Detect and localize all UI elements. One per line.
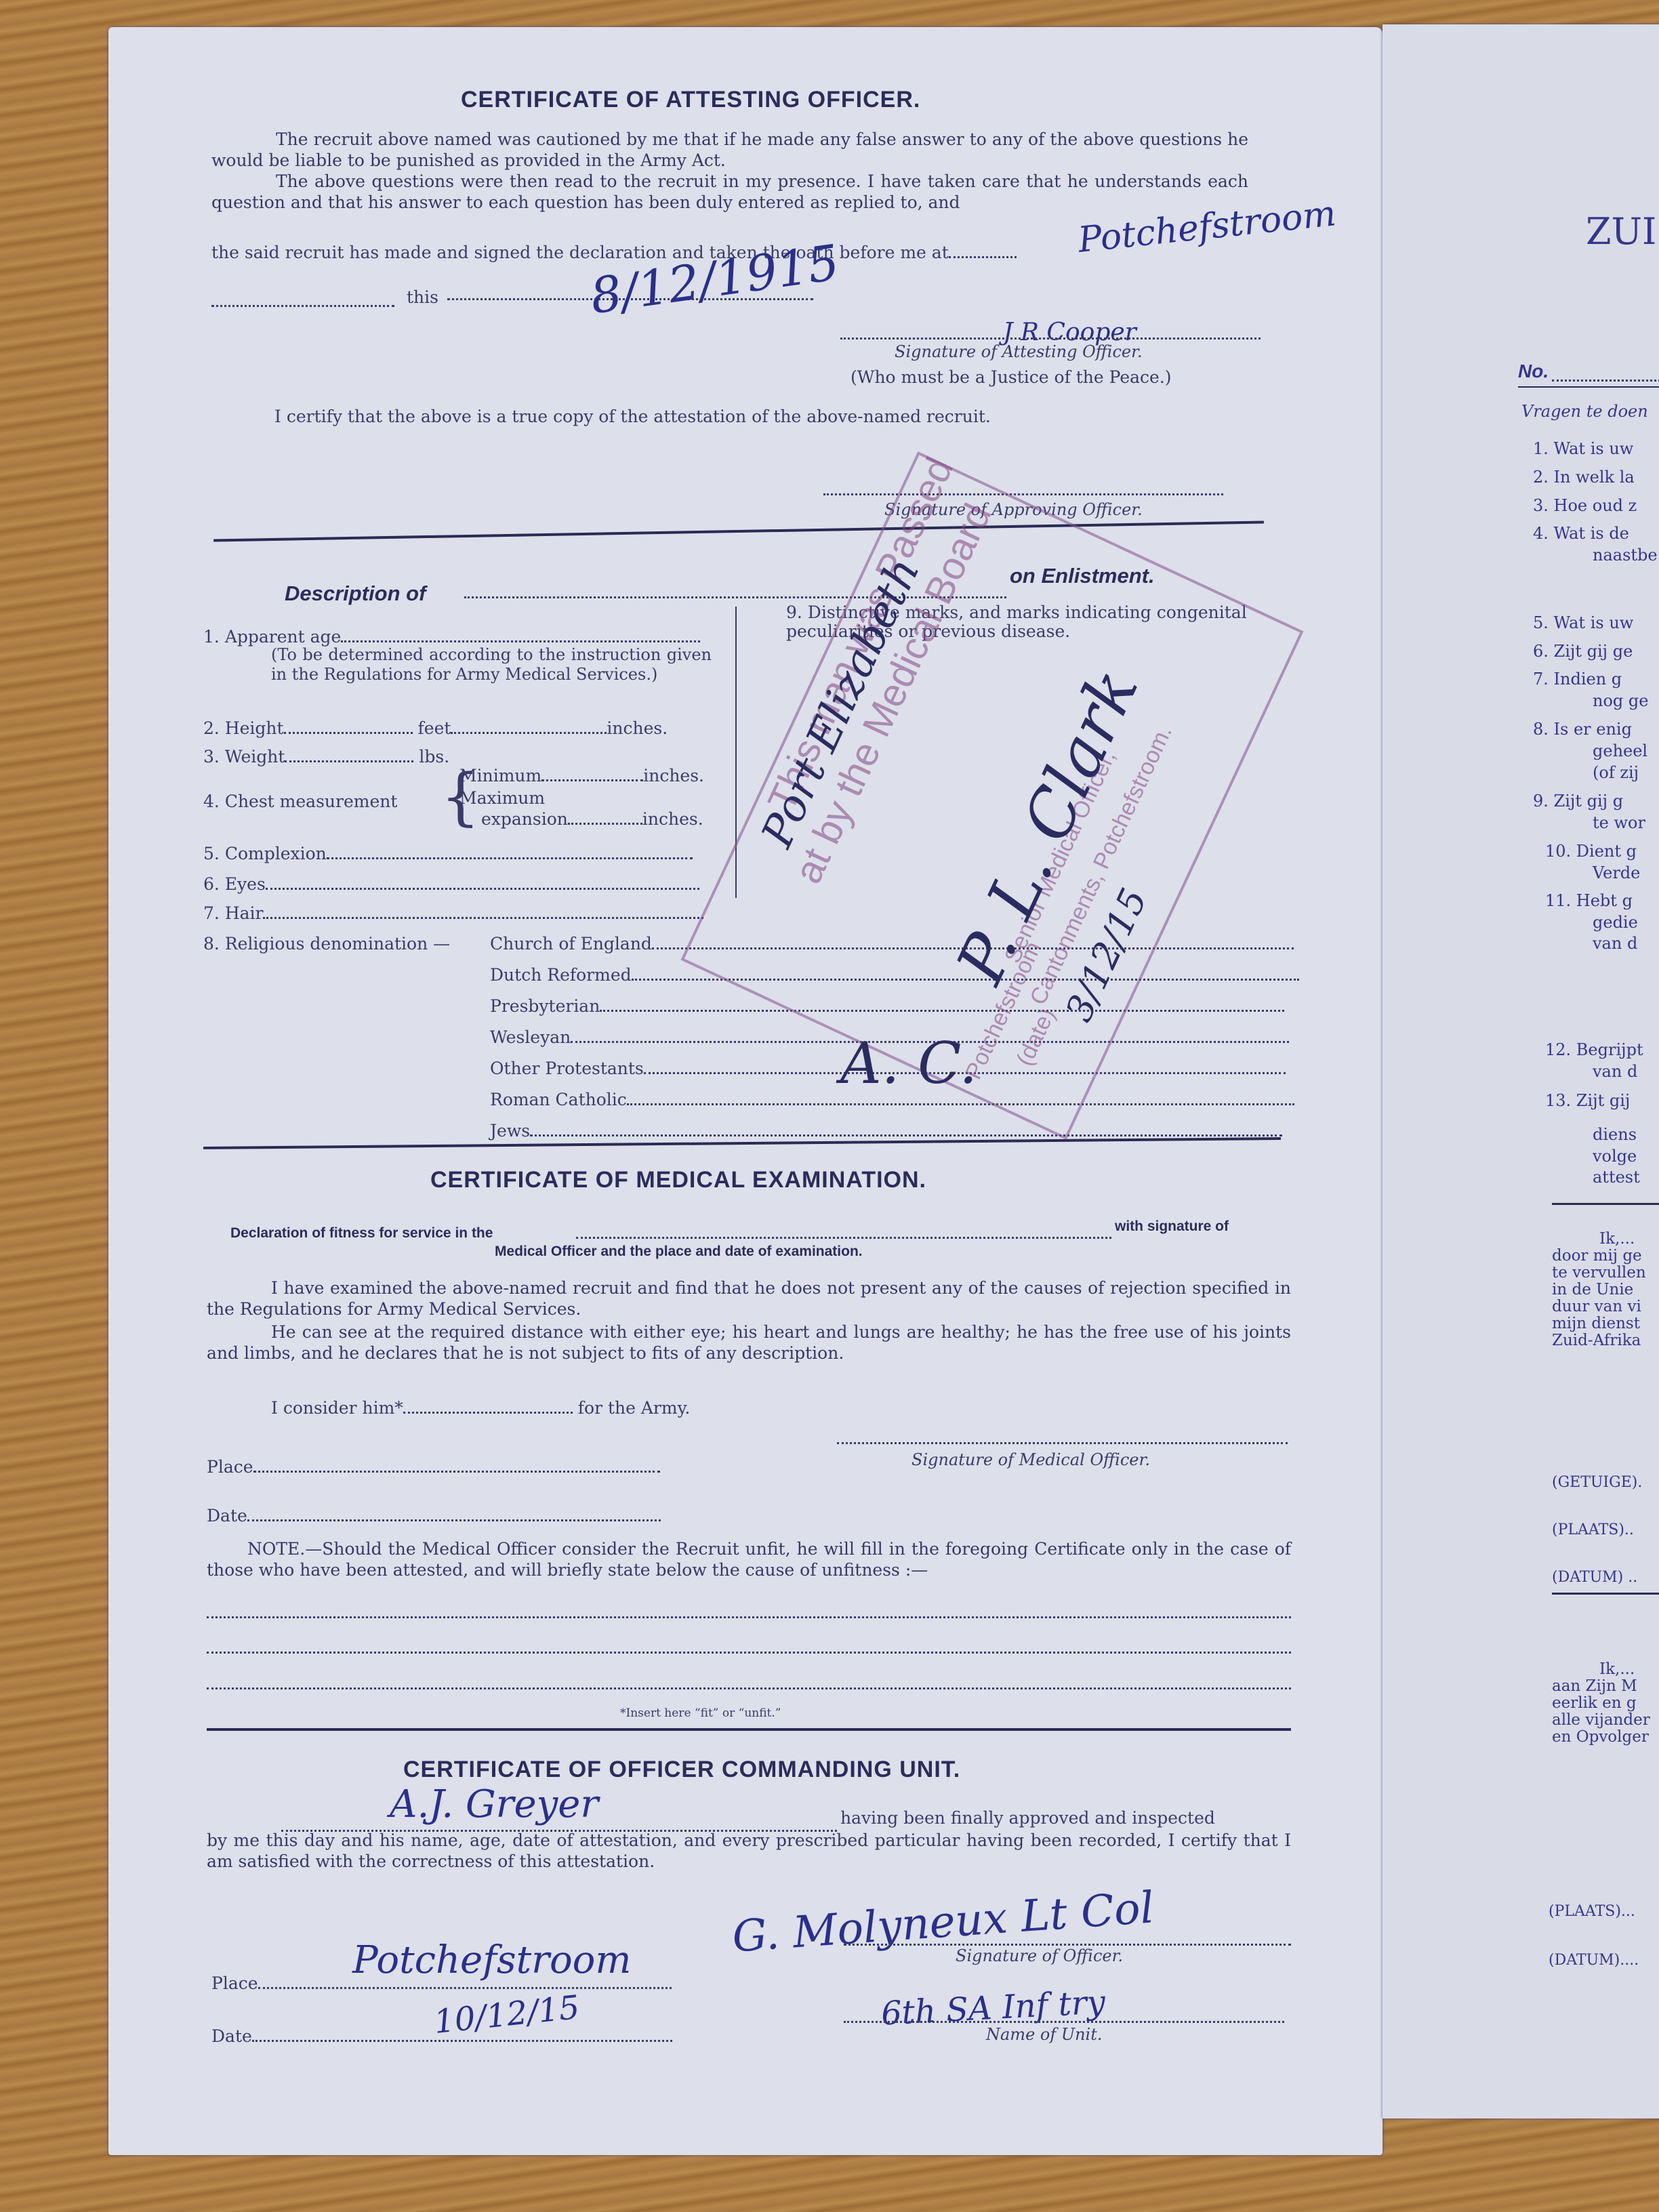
right-page-oath-line: Zuid-Afrika [1552,1332,1641,1349]
medical-date-line: Date [207,1506,661,1525]
right-page-question: (of zij [1593,763,1639,782]
right-page-plaats-1: (PLAATS).. [1552,1521,1634,1538]
description-heading: Description of [285,581,426,606]
right-page-title: ZUI [1586,210,1656,253]
right-page-getuige: (GETUIGE). [1552,1474,1642,1491]
chest-min-unit: inches. [643,766,704,785]
divider-3 [207,1728,1291,1731]
unit-name-label: Name of Unit. [986,2025,1103,2044]
right-page-question: 4. Wat is de [1533,524,1629,543]
item-eyes: 6. Eyes [203,874,699,894]
right-page-datum-2: (DATUM).... [1549,1952,1639,1969]
right-page-plaats-2: (PLAATS)... [1549,1903,1635,1920]
consider-label: I consider him* [271,1398,403,1418]
right-page-oath-line: Ik,... [1599,1230,1635,1248]
denomination-label: Other Protestants [490,1059,644,1078]
right-page-datum-1: (DATUM) .. [1552,1569,1637,1586]
item-religion: 8. Religious denomination — [203,934,450,954]
medical-date-label: Date [207,1506,247,1525]
dots-right-no [1552,380,1659,382]
item-hair: 7. Hair [203,903,703,923]
right-page-question: van d [1593,1062,1637,1081]
denomination-label: Wesleyan [490,1027,571,1047]
right-page-oath-line: eerlik en g [1552,1694,1637,1712]
dots-unfit-1 [207,1616,1291,1618]
for-the-army-label: for the Army. [578,1398,691,1418]
chest-exp-unit: inches. [642,809,703,829]
medical-para-1: I have examined the above-named recruit … [207,1277,1291,1319]
right-page-question: attest [1593,1168,1640,1187]
item-num: 1. [203,627,220,647]
right-page-question: 11. Hebt g [1545,891,1633,910]
right-page-oath-line: aan Zijn M [1552,1677,1637,1695]
right-page-oath-line: in de Unie [1552,1281,1633,1298]
right-page-question: Verde [1593,863,1640,882]
right-page-question: 8. Is er enig [1533,720,1632,739]
right-page-question: diens [1593,1125,1637,1144]
right-page-question: 1. Wat is uw [1533,439,1633,458]
right-page-oath-line: duur van vi [1552,1298,1641,1315]
medical-note: NOTE.—Should the Medical Officer conside… [207,1538,1291,1580]
right-page-question: volge [1593,1147,1637,1166]
item-label: Apparent age [225,627,342,647]
dots-this-left [211,305,394,307]
denomination-label: Roman Catholic [490,1090,627,1109]
item-complexion: 5. Complexion [203,844,693,863]
right-page-oath-line: mijn dienst [1552,1315,1640,1332]
right-page-no-label: No. [1518,361,1549,382]
approved-inspected-text: having been finally approved and inspect… [840,1808,1215,1828]
right-page-divider-2 [1552,1203,1659,1205]
dots-medical-signature [837,1442,1288,1444]
denomination-label: Dutch Reformed [490,965,632,985]
item-num: 8. [203,934,220,954]
right-page-question: 12. Begrijpt [1545,1040,1643,1059]
item-label: Weight [225,747,285,766]
right-page-question: geheel [1593,741,1647,760]
right-page-question: 10. Dient g [1545,842,1637,861]
item-num: 3. [203,747,220,766]
medical-place-label: Place [207,1457,253,1477]
item-num: 5. [203,844,220,863]
right-page-question: 9. Zijt gij g [1533,792,1623,811]
denomination-label: Presbyterian [490,996,600,1016]
item-num: 6. [203,874,220,894]
right-page-question: 2. In welk la [1533,468,1635,487]
commanding-para: by me this day and his name, age, date o… [207,1830,1291,1872]
declaration-left: Declaration of fitness for service in th… [230,1225,493,1242]
fit-unfit-footnote: *Insert here “fit” or “unfit.” [620,1706,781,1720]
right-page-question: 6. Zijt gij ge [1533,642,1633,661]
dots-approving-signature [823,493,1223,495]
declaration-line-2: Medical Officer and the place and date o… [495,1244,863,1260]
right-page-question: nog ge [1593,691,1648,710]
right-page-question: 3. Hoe oud z [1533,496,1637,515]
handwritten-recruit-name: A.J. Greyer [390,1782,598,1826]
item-chest: 4. Chest measurement [203,792,397,811]
right-page-question: te wor [1593,813,1645,832]
chest-exp-label: expansion [481,809,568,829]
right-page-divider [1518,386,1659,388]
item-label: Hair [225,903,264,923]
medical-title: CERTIFICATE OF MEDICAL EXAMINATION. [430,1167,926,1193]
denomination-label: Church of England [490,934,652,954]
chest-minimum: Minimuminches. [459,766,704,785]
attesting-para-2: The above questions were then read to th… [211,171,1248,213]
handwritten-commanding-place: Potchefstroom [352,1938,631,1982]
right-page-divider-3 [1552,1593,1659,1595]
item-height: 2. Height feetinches. [203,718,668,738]
item-num: 4. [203,792,220,811]
right-page-vragen: Vragen te doen [1521,402,1648,421]
item-num: 7. [203,903,220,923]
right-page-question: 7. Indien g [1533,670,1622,689]
item-label: Eyes [225,874,266,894]
chest-maximum: Maximum [459,788,545,808]
dots-officer-signature [844,1944,1291,1946]
true-copy-statement: I certify that the above is a true copy … [274,407,991,426]
commanding-date-label: Date [211,2026,252,2046]
denomination-label: Jews [490,1121,530,1141]
item-label: Complexion [225,844,327,863]
consider-line: I consider him* for the Army. [271,1398,690,1418]
this-label: this [407,287,438,307]
item-label: Religious denomination [225,934,428,954]
dots-unfit-2 [207,1652,1291,1654]
right-page-question: van d [1593,934,1637,953]
right-page-question: 5. Wat is uw [1533,613,1633,632]
commanding-place-label: Place [211,1973,258,1993]
right-page-question: 13. Zijt gij [1545,1091,1630,1110]
oath-line: the said recruit has made and signed the… [211,243,1017,262]
chest-min-label: Minimum [459,766,541,785]
declaration-right: with signature of [1115,1218,1229,1235]
item-label: Height [225,718,284,738]
stamp-line-6: (date) [1012,1004,1061,1070]
handwritten-stamp-initials: A. C. [840,1030,977,1097]
medical-place-line: Place [207,1457,660,1477]
height-feet-label: feet [418,718,451,738]
apparent-age-note: (To be determined according to the instr… [271,645,712,684]
right-page-question: naastbe [1593,546,1658,565]
right-page-oath-line: Ik,... [1599,1660,1635,1678]
item-apparent-age: 1. Apparent age [203,627,700,647]
attesting-para-1: The recruit above named was cautioned by… [211,129,1248,171]
right-page-oath-line: door mij ge [1552,1247,1642,1265]
item-weight: 3. Weight lbs. [203,747,449,766]
height-inches-label: inches. [607,718,668,738]
right-page-oath-line: en Opvolger [1552,1728,1649,1746]
medical-para-2: He can see at the required distance with… [207,1322,1291,1364]
officer-signature-label: Signature of Officer. [956,1946,1123,1965]
commanding-title: CERTIFICATE OF OFFICER COMMANDING UNIT. [403,1757,960,1783]
dots-unit-name [844,2021,1284,2023]
right-page-oath-line: te vervullen [1552,1264,1646,1282]
medical-signature-label: Signature of Medical Officer. [912,1450,1150,1469]
right-page-question: gedie [1593,913,1638,932]
justice-of-peace-note: (Who must be a Justice of the Peace.) [851,367,1172,387]
attesting-signature-label: Signature of Attesting Officer. [895,342,1143,361]
chest-expansion: expansioninches. [481,809,703,829]
item-num: 2. [203,718,220,738]
dots-declaration [576,1237,1111,1239]
dots-unfit-3 [207,1687,1291,1689]
item-label: Chest measurement [225,792,398,811]
right-page-oath-line: alle vijander [1552,1711,1650,1729]
attesting-title: CERTIFICATE OF ATTESTING OFFICER. [461,87,920,113]
dots-attesting-signature [840,337,1261,340]
